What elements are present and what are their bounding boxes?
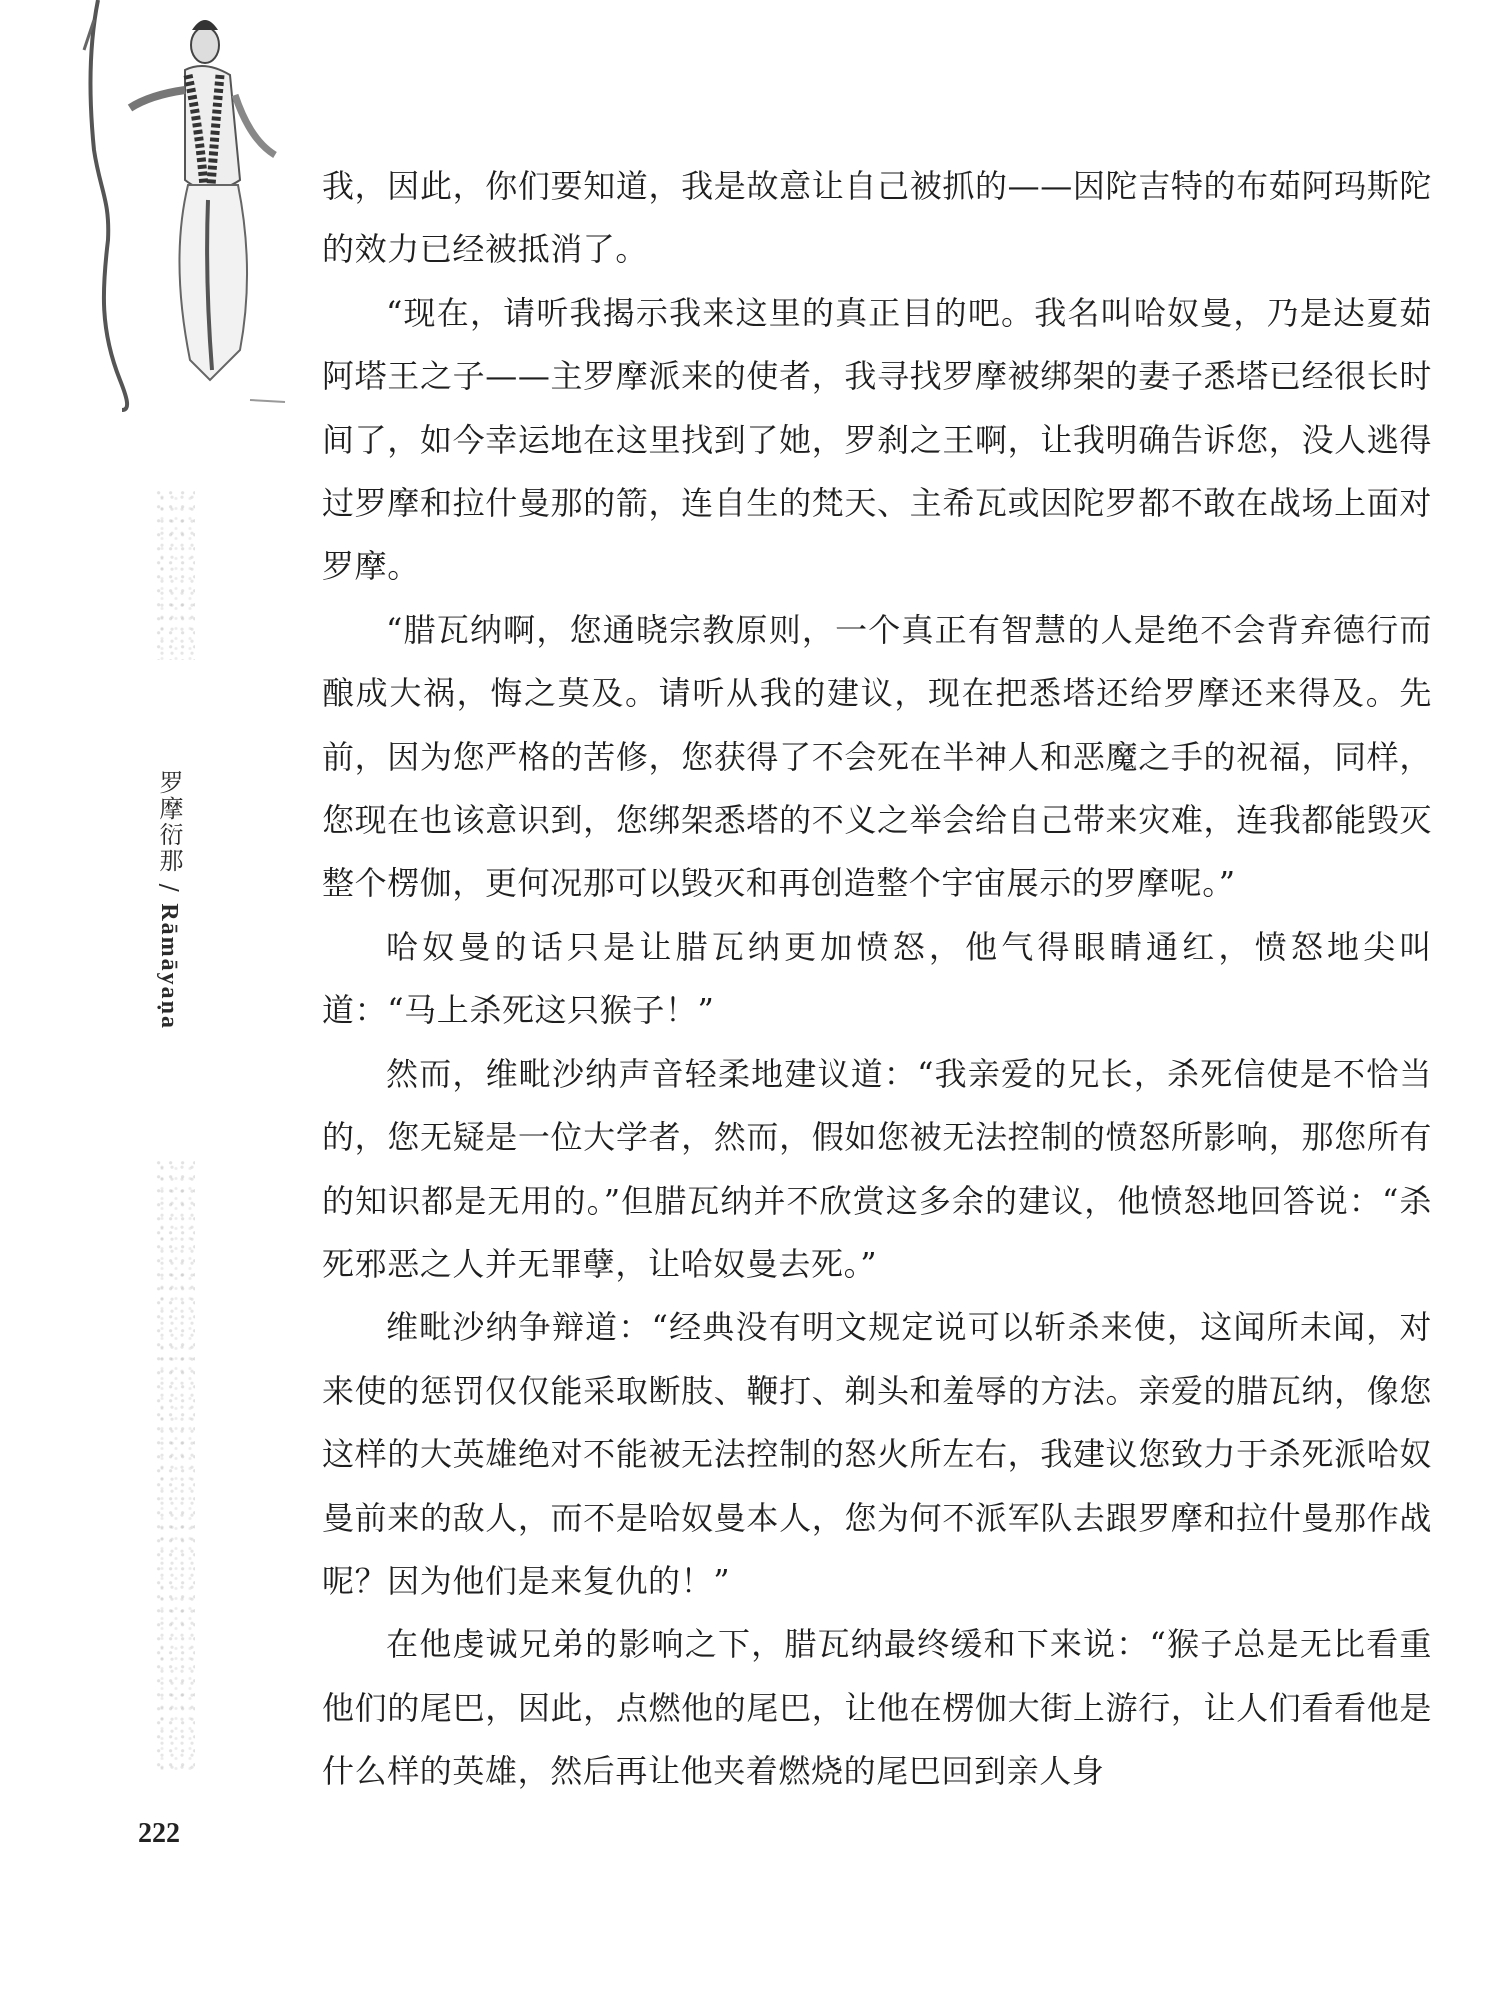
- decorative-pattern-bottom: [155, 1160, 195, 1770]
- page-number: 222: [138, 1818, 180, 1850]
- paragraph: 哈奴曼的话只是让腊瓦纳更加愤怒，他气得眼睛通红，愤怒地尖叫道：“马上杀死这只猴子…: [322, 916, 1432, 1043]
- decorative-pattern-top: [155, 490, 195, 660]
- running-title-cn: 罗摩衍那: [155, 770, 183, 874]
- running-title-latin: Rāmāyaṇa: [156, 903, 182, 1030]
- paragraph: 我，因此，你们要知道，我是故意让自己被抓的——因陀吉特的布茹阿玛斯陀的效力已经被…: [322, 155, 1432, 282]
- paragraph: “现在，请听我揭示我来这里的真正目的吧。我名叫哈奴曼，乃是达夏茹阿塔王之子——主…: [322, 282, 1432, 599]
- paragraph: “腊瓦纳啊，您通晓宗教原则，一个真正有智慧的人是绝不会背弃德行而酿成大祸，悔之莫…: [322, 599, 1432, 916]
- running-title-separator: /: [155, 874, 183, 903]
- body-text: 我，因此，你们要知道，我是故意让自己被抓的——因陀吉特的布茹阿玛斯陀的效力已经被…: [322, 155, 1432, 1804]
- paragraph: 维毗沙纳争辩道：“经典没有明文规定说可以斩杀来使，这闻所未闻，对来使的惩罚仅仅能…: [322, 1296, 1432, 1613]
- paragraph: 在他虔诚兄弟的影响之下，腊瓦纳最终缓和下来说：“猴子总是无比看重他们的尾巴，因此…: [322, 1613, 1432, 1803]
- rama-with-bow-illustration: [70, 0, 290, 420]
- paragraph: 然而，维毗沙纳声音轻柔地建议道：“我亲爱的兄长，杀死信使是不恰当的，您无疑是一位…: [322, 1043, 1432, 1297]
- running-title: 罗摩衍那 / Rāmāyaṇa: [152, 770, 187, 1030]
